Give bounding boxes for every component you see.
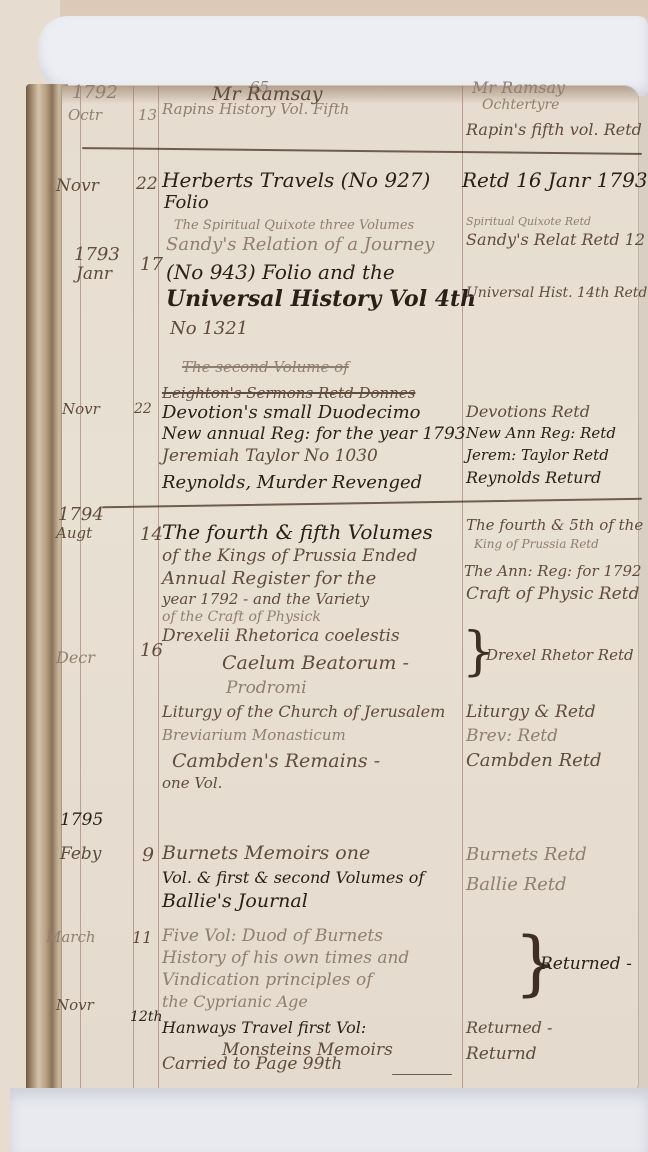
entry-returned: Burnets Retd bbox=[466, 846, 587, 864]
entry-day: 17 bbox=[140, 256, 163, 274]
entry-book-line: Drexelii Rhetorica coelestis bbox=[162, 628, 400, 645]
entry-year: 1794 bbox=[58, 506, 104, 524]
entry-book-line: Annual Register for the bbox=[162, 570, 376, 588]
entry-returned: Returned - bbox=[540, 956, 632, 973]
entry-book-line: Universal History Vol 4th bbox=[166, 288, 476, 310]
entry-divider bbox=[102, 498, 642, 508]
entry-returned: Universal Hist. 14th Retd bbox=[466, 286, 647, 300]
entry-book-line: Burnets Memoirs one bbox=[162, 844, 370, 863]
entry-month: Augt bbox=[56, 526, 92, 541]
entry-returned: The Ann: Reg: for 1792 bbox=[464, 564, 642, 579]
entry-returned: Devotions Retd bbox=[466, 404, 590, 420]
entry-month: Decr bbox=[56, 650, 95, 666]
entry-book-line: Caelum Beatorum - bbox=[222, 654, 409, 673]
entry-book-line: Cambden's Remains - bbox=[172, 752, 380, 771]
returned-column-rule bbox=[462, 86, 463, 1090]
entry-divider bbox=[82, 147, 642, 155]
entry-returned: Ballie Retd bbox=[466, 876, 567, 894]
entry-book-line: of the Craft of Physick bbox=[162, 610, 321, 624]
entry-day: 12th bbox=[130, 1010, 162, 1024]
entry-book-line: Breviarium Monasticum bbox=[162, 728, 346, 743]
entry-returned: Craft of Physic Retd bbox=[466, 586, 639, 603]
entry-returned: Retd 16 Janr 1793 bbox=[462, 170, 648, 190]
entry-returned: The fourth & 5th of the bbox=[466, 518, 643, 533]
ledger-page: 65 Mr Ramsay Rapins History Vol. Fifth M… bbox=[62, 86, 638, 1090]
entry-book-line: History of his own times and bbox=[162, 950, 409, 967]
entry-book-line: Liturgy of the Church of Jerusalem bbox=[162, 704, 445, 720]
entry-year: 1792 bbox=[72, 84, 118, 102]
header-right-borrower: Mr Ramsay bbox=[472, 80, 565, 96]
entry-returned: Sandy's Relat Retd 12 Apr bbox=[466, 232, 648, 248]
entry-returned: Drexel Rhetor Retd bbox=[486, 648, 634, 663]
entry-book-line: Reynolds, Murder Revenged bbox=[162, 474, 422, 492]
footer-underline bbox=[392, 1074, 452, 1075]
entry-book-line: Devotion's small Duodecimo bbox=[162, 404, 420, 422]
entry-returned: King of Prussia Retd bbox=[474, 538, 599, 550]
entry-day: 9 bbox=[142, 846, 154, 865]
entry-returned: Returned - bbox=[466, 1020, 552, 1036]
entry-book-line: one Vol. bbox=[162, 776, 222, 791]
entry-month: Novr bbox=[62, 402, 100, 417]
entry-month: Octr bbox=[68, 108, 102, 123]
entry-day: 11 bbox=[132, 930, 152, 946]
entry-returned: New Ann Reg: Retd bbox=[466, 426, 616, 441]
entry-year: 1793 bbox=[74, 246, 120, 264]
entry-returned: Returnd bbox=[466, 1046, 537, 1063]
entry-book-line: Herberts Travels (No 927) bbox=[162, 170, 430, 190]
entry-book-line: New annual Reg: for the year 1793 bbox=[162, 426, 466, 443]
entry-book-line-struck: Leighton's Sermons Retd Donnes bbox=[162, 386, 415, 401]
entry-day: 22 bbox=[134, 402, 152, 416]
entry-book-line: The fourth & fifth Volumes bbox=[162, 522, 433, 542]
entry-returned: Liturgy & Retd bbox=[466, 704, 596, 721]
entry-book-line: (No 943) Folio and the bbox=[166, 262, 395, 282]
entry-year: 1795 bbox=[60, 812, 103, 829]
entry-month: Feby bbox=[60, 846, 101, 863]
entry-book-line: of the Kings of Prussia Ended bbox=[162, 548, 417, 565]
tissue-paper-bottom bbox=[10, 1088, 648, 1152]
entry-month: Novr bbox=[56, 998, 94, 1013]
entry-book-line: No 1321 bbox=[170, 320, 248, 338]
entry-day: 22 bbox=[136, 176, 158, 193]
entry-returned: Spiritual Quixote Retd bbox=[466, 216, 591, 227]
entry-book-line: the Cyprianic Age bbox=[162, 994, 308, 1010]
entry-book-line: Vindication principles of bbox=[162, 972, 373, 989]
entry-book-line: Sandy's Relation of a Journey bbox=[166, 236, 434, 254]
entry-returned: Reynolds Returd bbox=[466, 470, 601, 486]
entry-month: Novr bbox=[56, 178, 99, 195]
day-column-rule bbox=[158, 86, 159, 1090]
entry-book-line: Ballie's Journal bbox=[162, 892, 308, 911]
entry-book-line: Vol. & first & second Volumes of bbox=[162, 870, 424, 886]
entry-returned: Brev: Retd bbox=[466, 728, 558, 745]
entry-returned: Rapin's fifth vol. Retd bbox=[466, 122, 642, 138]
entry-book-line: Five Vol: Duod of Burnets bbox=[162, 928, 383, 945]
entry-day: 13 bbox=[138, 108, 157, 123]
entry-book-line: Hanways Travel first Vol: bbox=[162, 1020, 366, 1036]
carried-forward-note: Carried to Page 99th bbox=[162, 1056, 342, 1073]
entry-book-line-struck: The second Volume of bbox=[182, 360, 349, 375]
entry-day: 16 bbox=[140, 642, 163, 660]
header-title-line: Rapins History Vol. Fifth bbox=[162, 102, 349, 117]
entry-month: Janr bbox=[76, 266, 112, 283]
entry-returned: Jerem: Taylor Retd bbox=[466, 448, 609, 463]
header-right-location: Ochtertyre bbox=[482, 98, 559, 112]
entry-book-line: Prodromi bbox=[226, 680, 307, 697]
entry-book-line: Jeremiah Taylor No 1030 bbox=[162, 448, 378, 465]
entry-day: 14 bbox=[140, 526, 163, 544]
entry-month: March bbox=[46, 930, 96, 945]
entry-book-line: year 1792 - and the Variety bbox=[162, 592, 369, 607]
entry-book-line: Folio bbox=[164, 194, 209, 212]
entry-returned: Cambden Retd bbox=[466, 752, 602, 770]
entry-book-line: The Spiritual Quixote three Volumes bbox=[174, 219, 414, 232]
